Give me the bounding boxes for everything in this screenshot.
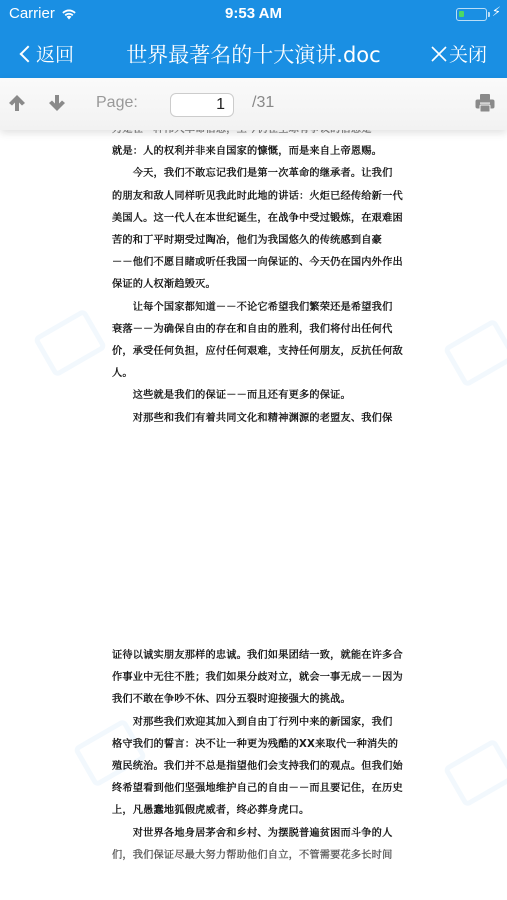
arrow-up-icon — [6, 92, 28, 114]
text-line: 价，承受任何负担，应付任何艰难，支持任何朋友，反抗任何敌 — [112, 341, 402, 363]
text-line: 殖民统治。我们并不总是指望他们会支持我们的观点。但我们始 — [112, 756, 402, 778]
battery-icon — [456, 8, 487, 21]
text-line: －－他们不愿目睹或听任我国一向保证的、今天仍在国内外作出 — [112, 252, 402, 274]
charging-bolt-icon: ⚡ — [492, 5, 501, 20]
text-line: 对那些和我们有着共同文化和精神渊源的老盟友、我们保 — [112, 408, 402, 430]
text-line: 上，凡愚蠢地狐假虎威者，终必葬身虎口。 — [112, 800, 402, 822]
previous-page-button[interactable] — [6, 92, 28, 114]
document-viewer[interactable]: 力是在一种伟大革命信念，至今仍在全球有争议的信念是 就是：人的权利并非来自国家的… — [0, 130, 507, 900]
document-page-2: 证待以诚实朋友那样的忠诚。我们如果团结一致，就能在许多合 作事业中无往不胜；我们… — [112, 645, 402, 867]
text-line: 让每个国家都知道－－不论它希望我们繁荣还是希望我们 — [112, 297, 402, 319]
app-header: Carrier 9:53 AM ⚡ 返回 世界最著名的十大演讲.doc 关闭 — [0, 0, 507, 78]
watermark-logo — [443, 738, 507, 808]
text-line: 终希望看到他们坚强地维护自己的自由－－而且要记住，在历史 — [112, 778, 402, 800]
page-number-input[interactable] — [170, 93, 234, 117]
nav-bar: 返回 世界最著名的十大演讲.doc 关闭 — [0, 30, 507, 76]
close-label: 关闭 — [449, 40, 487, 67]
page-total: /31 — [252, 94, 274, 112]
status-time: 9:53 AM — [0, 5, 507, 22]
status-bar: Carrier 9:53 AM ⚡ — [0, 0, 507, 28]
next-page-button[interactable] — [46, 92, 68, 114]
text-line: 人。 — [112, 363, 402, 385]
text-line: 们，我们保证尽最大努力帮助他们自立，不管需要花多长时间 — [112, 845, 402, 867]
text-line: 苦的和丁平时期受过陶冶，他们为我国悠久的传统感到自豪 — [112, 230, 402, 252]
watermark-logo — [443, 318, 507, 388]
text-line: 衰落－－为确保自由的存在和自由的胜利，我们将付出任何代 — [112, 319, 402, 341]
arrow-down-icon — [46, 92, 68, 114]
close-icon — [431, 46, 447, 62]
text-line: 证待以诚实朋友那样的忠诚。我们如果团结一致，就能在许多合 — [112, 645, 402, 667]
document-page-1: 力是在一种伟大革命信念，至今仍在全球有争议的信念是 就是：人的权利并非来自国家的… — [112, 130, 402, 430]
text-line: 我们不敢在争吵不休、四分五裂时迎接强大的挑战。 — [112, 689, 402, 711]
text-line: 对那些我们欢迎其加入到自由丁行列中来的新国家，我们 — [112, 712, 402, 734]
text-line: 这些就是我们的保证－－而且还有更多的保证。 — [112, 385, 402, 407]
text-line: 对世界各地身居茅舍和乡村、为摆脱普遍贫困而斗争的人 — [112, 823, 402, 845]
watermark-logo — [33, 308, 108, 378]
print-button[interactable] — [474, 92, 496, 114]
page-label: Page: — [96, 94, 138, 112]
printer-icon — [474, 92, 496, 114]
text-line: 保证的人权渐趋毁灭。 — [112, 274, 402, 296]
text-line: 力是在一种伟大革命信念，至今仍在全球有争议的信念是 — [112, 130, 402, 141]
text-line: 今天，我们不敢忘记我们是第一次革命的继承者。让我们 — [112, 163, 402, 185]
page-toolbar: Page: /31 — [0, 78, 507, 130]
text-line: 的朋友和敌人同样听见我此时此地的讲话：火炬已经传给新一代 — [112, 186, 402, 208]
close-button[interactable]: 关闭 — [431, 40, 487, 67]
text-line: 格守我们的誓言：决不让一种更为残酷的XX来取代一种消失的 — [112, 734, 402, 756]
text-line: 就是：人的权利并非来自国家的慷慨，而是来自上帝恩赐。 — [112, 141, 402, 163]
text-line: 作事业中无往不胜；我们如果分歧对立，就会一事无成－－因为 — [112, 667, 402, 689]
text-line: 美国人。这一代人在本世纪诞生，在战争中受过锻炼，在艰难困 — [112, 208, 402, 230]
